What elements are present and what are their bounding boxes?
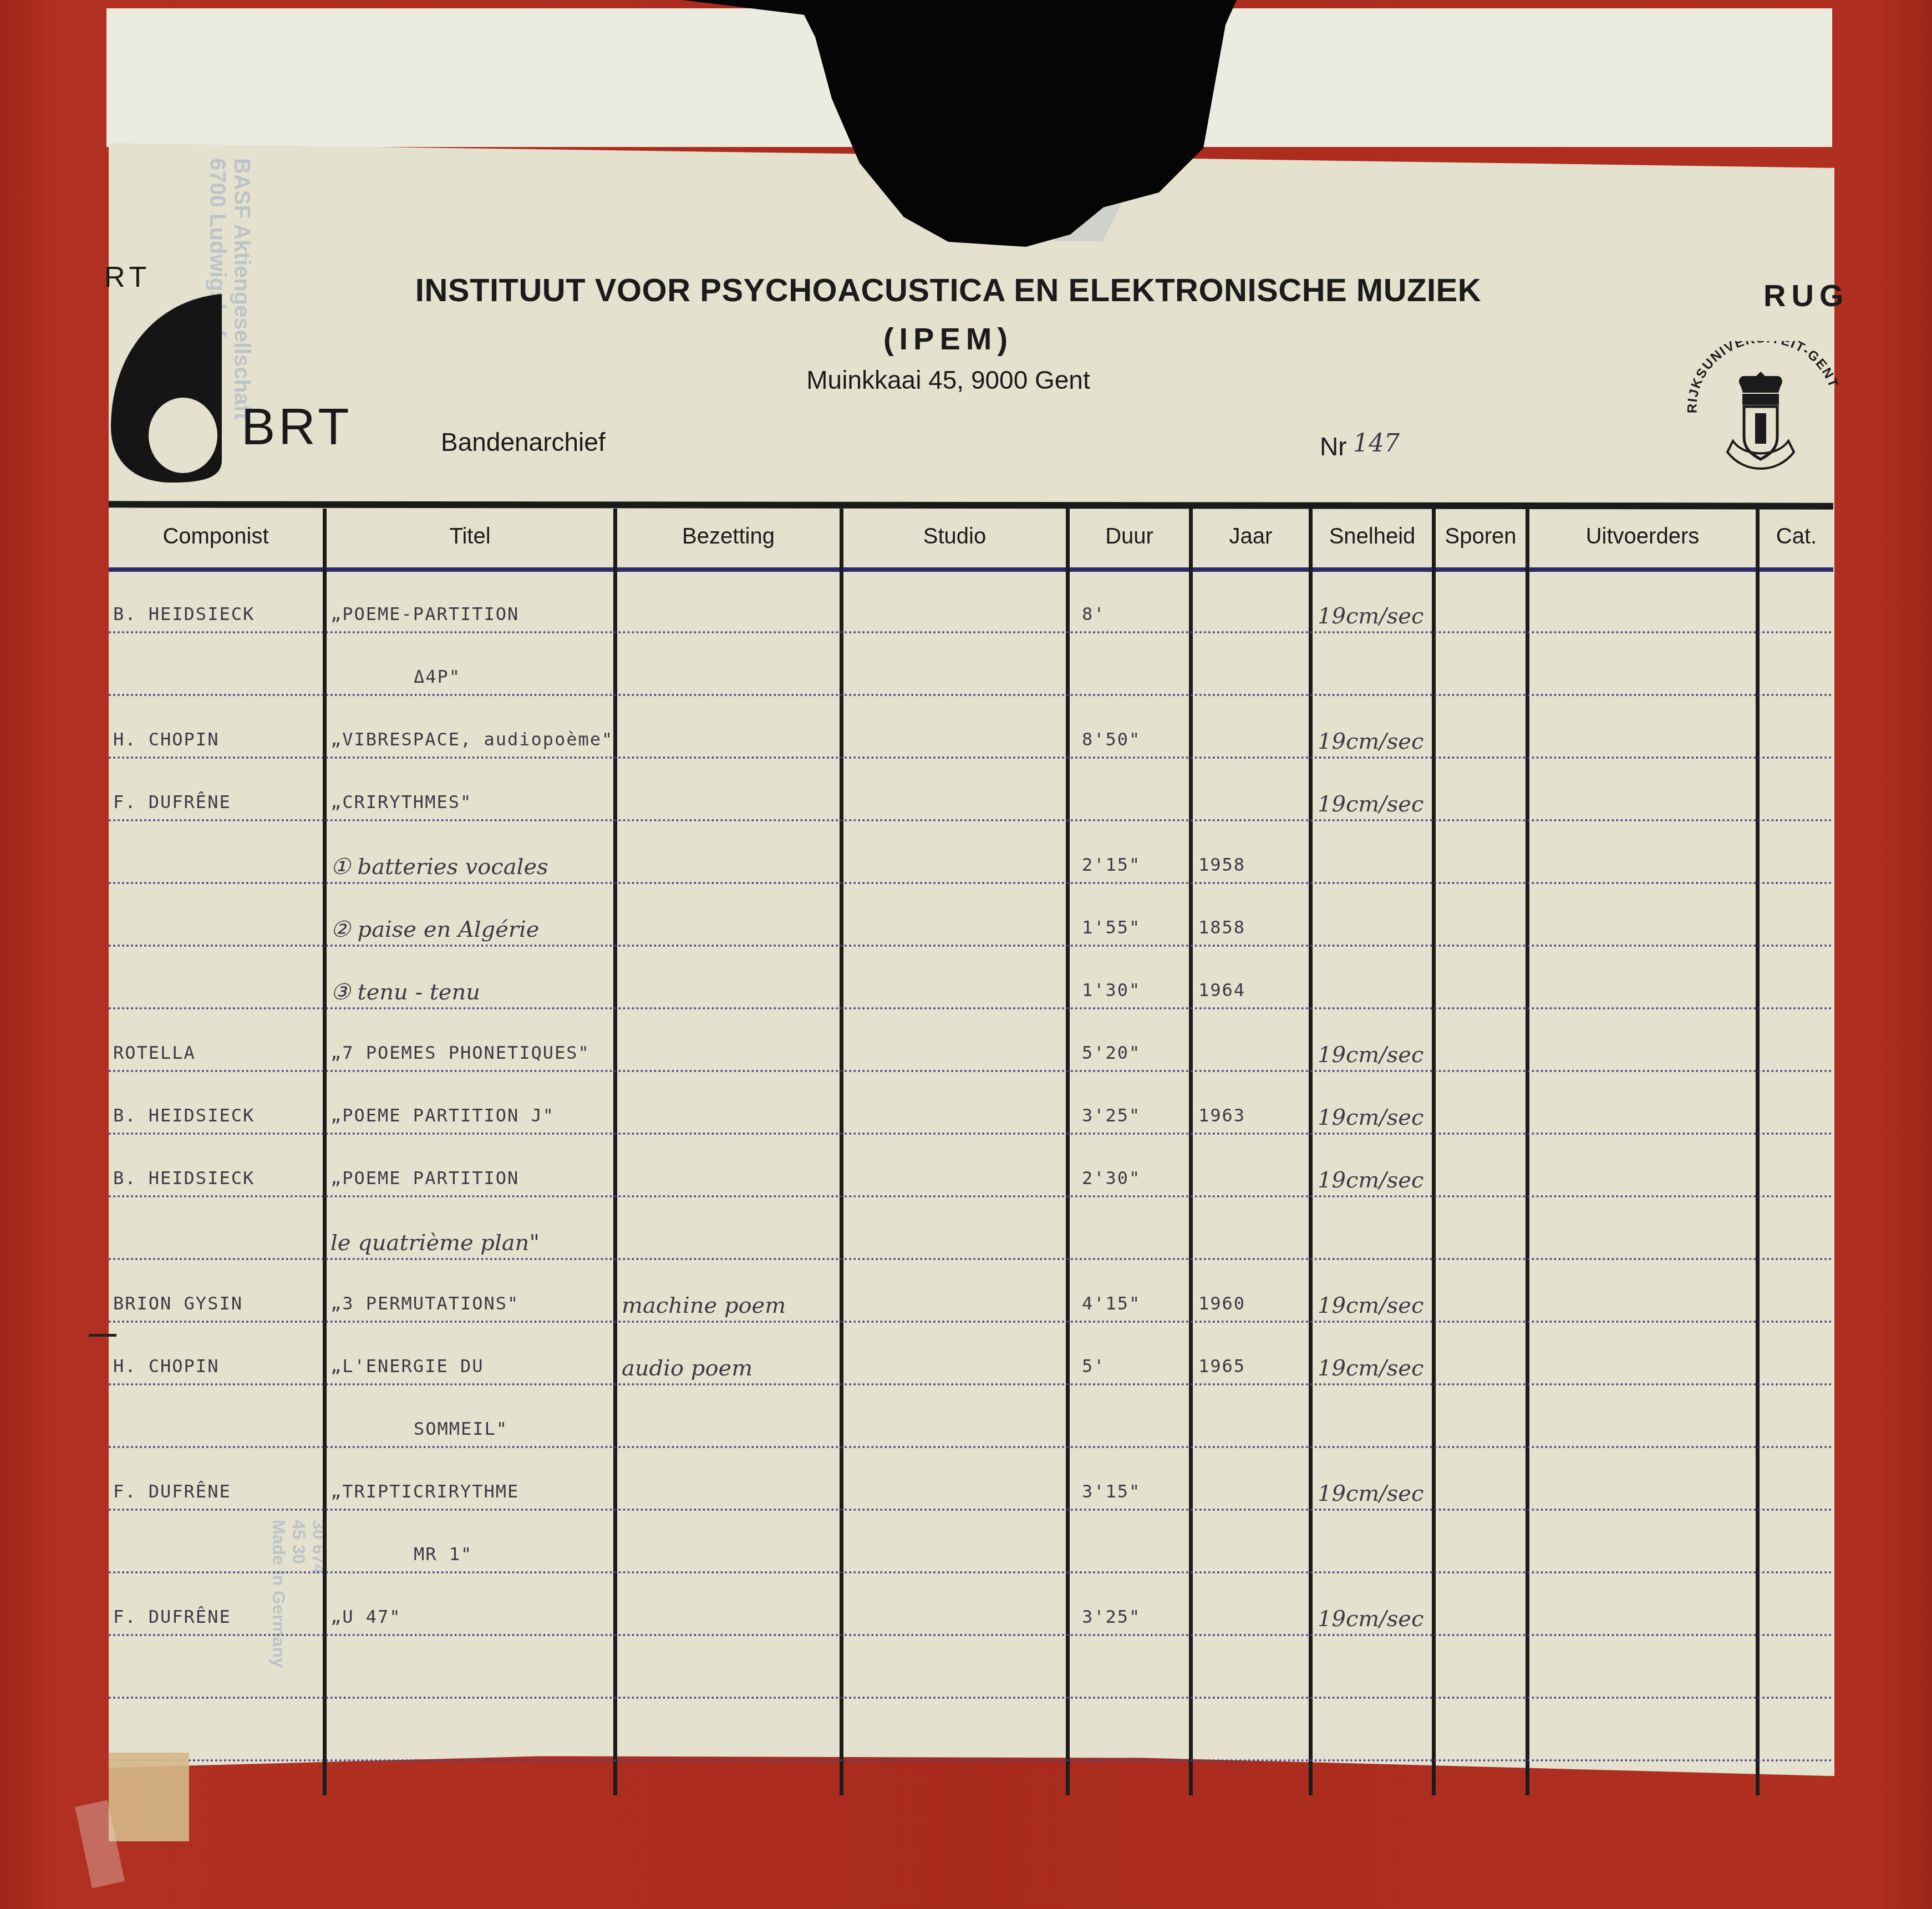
- column-divider: [840, 509, 843, 1795]
- cell-snelheid: 19cm/sec: [1318, 1042, 1423, 1068]
- cell-bezetting: audio poem: [622, 1355, 753, 1381]
- cell-duur: 1'55": [1082, 917, 1141, 938]
- column-divider: [323, 509, 327, 1795]
- cell-jaar: 1960: [1198, 1293, 1245, 1314]
- row-rule: [109, 945, 1833, 947]
- cell-componist: F. DUFRÊNE: [113, 791, 231, 813]
- column-header-sporen: Sporen: [1436, 524, 1526, 549]
- row-rule: [109, 1383, 1833, 1385]
- row-rule: [109, 1258, 1833, 1260]
- cell-titel: ① batteries vocales: [331, 854, 548, 880]
- cell-jaar: 1964: [1198, 979, 1245, 1001]
- row-rule: [109, 1007, 1833, 1009]
- cell-bezetting: machine poem: [622, 1293, 786, 1318]
- cell-snelheid: 19cm/sec: [1318, 1105, 1423, 1130]
- pen-mark: [89, 1334, 116, 1337]
- tape-log-table: Componist Titel Bezetting Studio Duur Ja…: [109, 502, 1833, 1794]
- cell-titel: „CRIRYTHMES": [331, 791, 472, 813]
- institute-title: INSTITUUT VOOR PSYCHOACUSTICA EN ELEKTRO…: [344, 272, 1553, 309]
- cell-snelheid: 19cm/sec: [1318, 1167, 1423, 1193]
- institute-abbreviation: (IPEM): [344, 321, 1553, 357]
- column-divider: [1432, 509, 1436, 1795]
- column-divider: [613, 509, 617, 1795]
- cell-snelheid: 19cm/sec: [1318, 1293, 1423, 1318]
- cell-duur: 2'15": [1082, 854, 1141, 875]
- university-seal-icon: RIJKSUNIVERSITEIT-GENT: [1680, 341, 1841, 477]
- cell-componist: B. HEIDSIECK: [113, 1167, 255, 1189]
- cell-duur: 5'20": [1082, 1042, 1141, 1063]
- cell-jaar: 1958: [1198, 854, 1245, 875]
- column-header-studio: Studio: [843, 524, 1066, 549]
- row-rule: [109, 1509, 1833, 1511]
- cell-componist: H. CHOPIN: [113, 1355, 219, 1377]
- column-header-uitvoerders: Uitvoerders: [1529, 524, 1756, 549]
- cell-titel: „TRIPTICRIRYTHME: [331, 1481, 519, 1502]
- row-rule: [109, 1571, 1833, 1573]
- cell-duur: 2'30": [1082, 1167, 1141, 1189]
- column-header-snelheid: Snelheid: [1313, 524, 1432, 549]
- cell-titel: Δ4P": [414, 666, 461, 687]
- cell-componist: F. DUFRÊNE: [113, 1606, 231, 1627]
- column-divider: [1756, 509, 1760, 1795]
- column-divider: [1189, 509, 1193, 1795]
- cell-componist: BRION GYSIN: [113, 1293, 243, 1314]
- row-rule: [109, 882, 1833, 884]
- brt-logo-icon: [111, 294, 225, 483]
- row-rule: [109, 1195, 1833, 1197]
- column-header-bezetting: Bezetting: [617, 524, 840, 549]
- archive-label: Bandenarchief: [441, 427, 606, 457]
- column-header-componist: Componist: [109, 524, 323, 549]
- cell-snelheid: 19cm/sec: [1318, 1481, 1423, 1506]
- column-header-jaar: Jaar: [1193, 524, 1309, 549]
- cell-duur: 3'25": [1082, 1606, 1141, 1627]
- cell-titel: SOMMEIL": [414, 1418, 508, 1439]
- cell-titel: le quatrième plan": [331, 1230, 540, 1256]
- cell-duur: 8'50": [1082, 729, 1141, 750]
- cell-snelheid: 19cm/sec: [1318, 603, 1423, 629]
- column-divider: [1526, 509, 1529, 1795]
- row-rule: [109, 1759, 1833, 1761]
- cell-snelheid: 19cm/sec: [1318, 1606, 1423, 1632]
- row-rule: [109, 1697, 1833, 1699]
- cell-titel: „U 47": [331, 1606, 401, 1627]
- adhesive-tape: [109, 1753, 189, 1841]
- row-rule: [109, 1070, 1833, 1072]
- cell-componist: ROTELLA: [113, 1042, 196, 1063]
- cell-titel: „7 POEMES PHONETIQUES": [331, 1042, 590, 1063]
- watermark-line: BASF Aktiengesellschaft: [230, 158, 254, 420]
- row-rule: [109, 1634, 1833, 1636]
- table-top-rule: [109, 501, 1833, 509]
- cell-snelheid: 19cm/sec: [1318, 1355, 1423, 1381]
- row-rule: [109, 1133, 1833, 1135]
- cell-duur: 8': [1082, 603, 1106, 625]
- cell-titel: „POEME PARTITION: [331, 1167, 519, 1189]
- cell-duur: 1'30": [1082, 979, 1141, 1001]
- row-rule: [109, 631, 1833, 633]
- rug-label: RUG: [1763, 277, 1849, 313]
- cell-titel: „VIBRESPACE, audiopoème": [331, 729, 613, 750]
- row-rule: [109, 694, 1833, 696]
- cell-duur: 3'25": [1082, 1105, 1141, 1126]
- cell-snelheid: 19cm/sec: [1318, 729, 1423, 754]
- cell-componist: B. HEIDSIECK: [113, 1105, 255, 1126]
- column-divider: [1309, 509, 1313, 1795]
- cell-jaar: 1965: [1198, 1355, 1245, 1377]
- column-header-cat: Cat.: [1760, 524, 1833, 549]
- cell-titel: „3 PERMUTATIONS": [331, 1293, 519, 1314]
- cell-jaar: 1858: [1198, 917, 1245, 938]
- cell-duur: 4'15": [1082, 1293, 1141, 1314]
- cell-titel: MR 1": [414, 1544, 472, 1565]
- row-rule: [109, 819, 1833, 821]
- archive-number: 147: [1353, 429, 1400, 458]
- cell-titel: „POEME-PARTITION: [331, 603, 519, 625]
- column-header-duur: Duur: [1070, 524, 1189, 549]
- cell-titel: „POEME PARTITION J": [331, 1105, 555, 1126]
- institute-address: Muinkkaai 45, 9000 Gent: [344, 365, 1553, 395]
- cell-componist: H. CHOPIN: [113, 729, 219, 750]
- number-label: Nr: [1320, 431, 1347, 461]
- brt-logo-text: BRT: [241, 398, 352, 456]
- cell-snelheid: 19cm/sec: [1318, 791, 1423, 817]
- cell-titel: ② paise en Algérie: [331, 917, 539, 942]
- column-divider: [1066, 509, 1070, 1795]
- cell-duur: 5': [1082, 1355, 1106, 1377]
- row-rule: [109, 757, 1833, 759]
- column-header-titel: Titel: [327, 524, 613, 549]
- cell-componist: B. HEIDSIECK: [113, 603, 255, 625]
- row-rule: [109, 1446, 1833, 1448]
- cell-titel: ③ tenu - tenu: [331, 979, 480, 1005]
- cell-duur: 3'15": [1082, 1481, 1141, 1502]
- brt-label-cropped: RT: [104, 261, 151, 294]
- header-underline: [109, 567, 1833, 572]
- row-rule: [109, 1321, 1833, 1323]
- cell-jaar: 1963: [1198, 1105, 1245, 1126]
- cell-componist: F. DUFRÊNE: [113, 1481, 231, 1502]
- cell-titel: „L'ENERGIE DU: [331, 1355, 484, 1377]
